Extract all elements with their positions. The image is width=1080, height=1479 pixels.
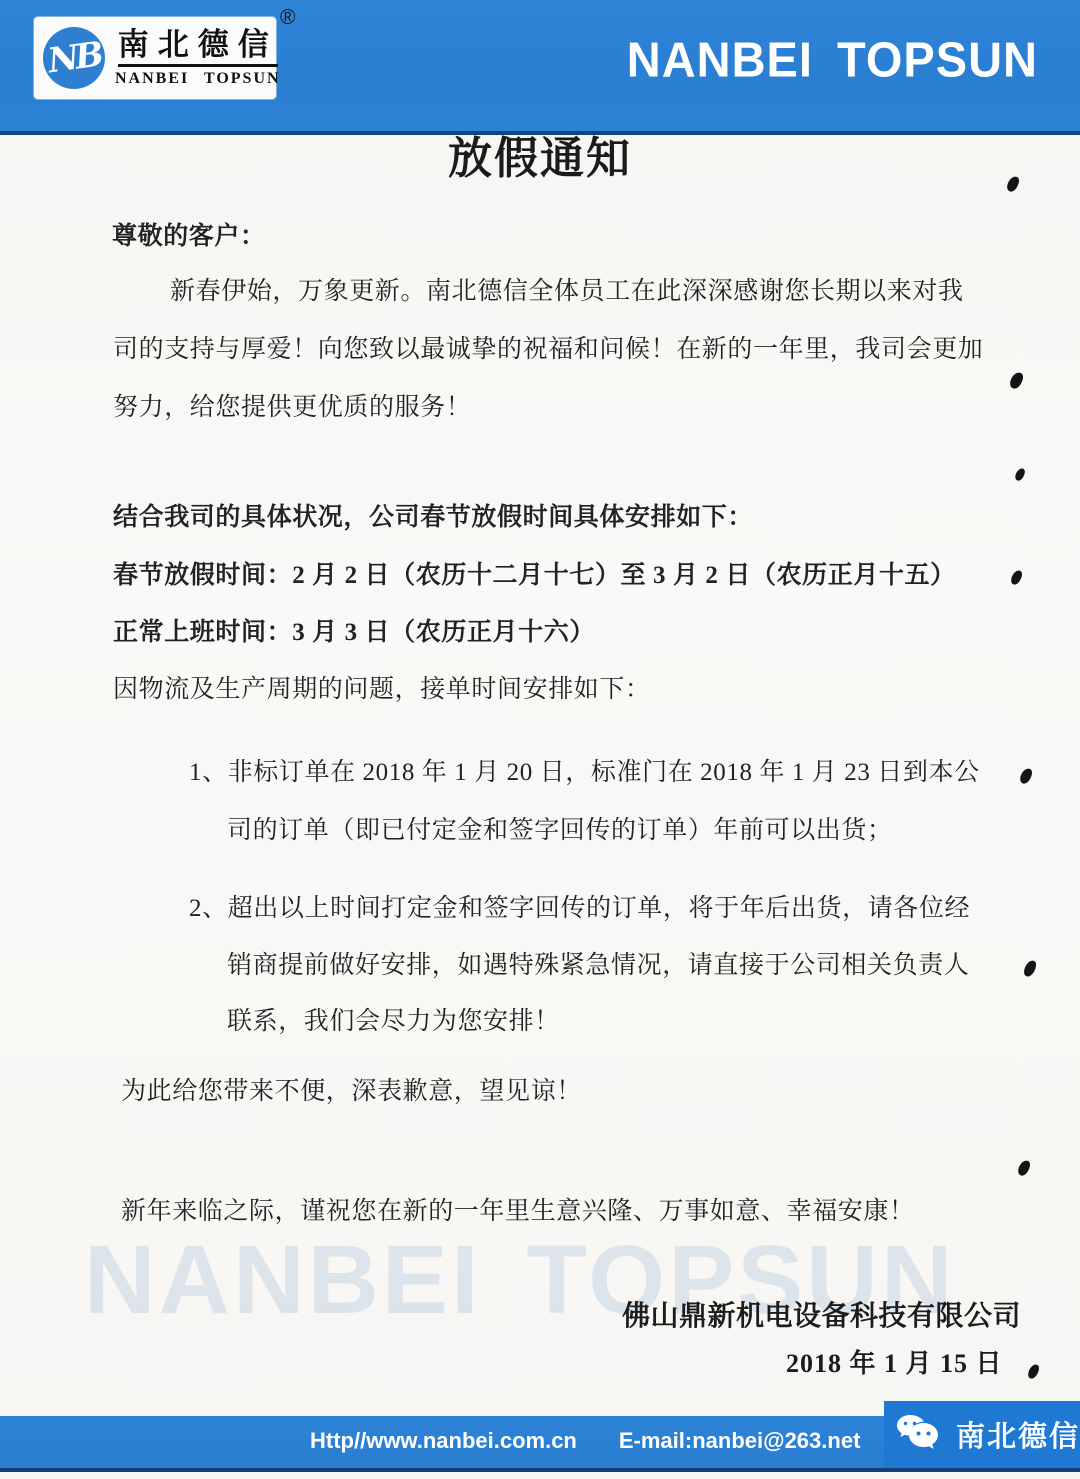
return-to-work-date: 正常上班时间：3 月 3 日（农历正月十六） (113, 612, 595, 648)
list-item-2-line: 联系，我们会尽力为您安排！ (227, 1001, 560, 1037)
scanned-holiday-notice: NANBEI TOPSUN NB 南北德信 NANBEI TOPSUN ® NA… (0, 0, 1080, 1479)
header-band: NB 南北德信 NANBEI TOPSUN ® NANBEI TOPSUN (0, 0, 1080, 135)
intro-line: 努力，给您提供更优质的服务！ (113, 387, 471, 423)
list-item-2-line: 销商提前做好安排，如遇特殊紧急情况，请直接于公司相关负责人 (227, 945, 969, 981)
logo-brand-en: NANBEI TOPSUN (115, 70, 281, 88)
wechat-icon (896, 1413, 948, 1457)
company-logo: NB 南北德信 NANBEI TOPSUN (34, 17, 276, 99)
greeting: 尊敬的客户： (112, 216, 266, 252)
header-brand-wordmark: NANBEI TOPSUN (627, 31, 1038, 88)
logo-circle: NB (43, 27, 105, 89)
intro-line: 新春伊始，万象更新。南北德信全体员工在此深深感谢您长期以来对我 (170, 271, 964, 307)
scan-speck (1014, 467, 1026, 482)
footer-contact: Http//www.nanbei.com.cn E-mail:nanbei@26… (310, 1428, 860, 1454)
signature-date: 2018 年 1 月 15 日 (786, 1343, 1003, 1380)
apology-line: 为此给您带来不便，深表歉意，望见谅！ (121, 1071, 582, 1107)
logo-text: 南北德信 NANBEI TOPSUN (115, 28, 281, 88)
footer-email: E-mail:nanbei@263.net (619, 1428, 861, 1454)
intro-line: 司的支持与厚爱！向您致以最诚挚的祝福和问候！在新的一年里，我司会更加 (113, 329, 983, 365)
scan-speck (1010, 569, 1024, 586)
wechat-account-name: 南北德信 (956, 1414, 1080, 1455)
scan-speck (1022, 959, 1038, 979)
list-item-2-line: 2、超出以上时间打定金和签字回传的订单，将于年后出货，请各位经 (189, 888, 970, 924)
scan-speck (1018, 767, 1033, 786)
wechat-badge: 南北德信 (884, 1401, 1080, 1468)
list-item-1-line: 司的订单（即已付定金和签字回传的订单）年前可以出货； (227, 810, 893, 846)
new-year-wish-line: 新年来临之际，谨祝您在新的一年里生意兴隆、万事如意、幸福安康！ (121, 1191, 915, 1227)
signature-company: 佛山鼎新机电设备科技有限公司 (622, 1294, 1021, 1334)
schedule-heading: 结合我司的具体状况，公司春节放假时间具体安排如下： (113, 497, 753, 533)
list-item-1-line: 1、非标订单在 2018 年 1 月 20 日，标准门在 2018 年 1 月 … (189, 752, 980, 788)
scan-speck (1016, 1159, 1031, 1178)
scan-speck (1008, 371, 1025, 391)
order-schedule-intro: 因物流及生产周期的问题，接单时间安排如下： (113, 669, 651, 705)
logo-brand-cn: 南北德信 (118, 28, 278, 67)
footer-website: Http//www.nanbei.com.cn (310, 1428, 577, 1454)
registered-trademark-icon: ® (280, 6, 295, 30)
scan-speck (1027, 1363, 1041, 1380)
logo-monogram: NB (46, 35, 103, 82)
holiday-dates: 春节放假时间：2 月 2 日（农历十二月十七）至 3 月 2 日（农历正月十五） (113, 555, 956, 591)
